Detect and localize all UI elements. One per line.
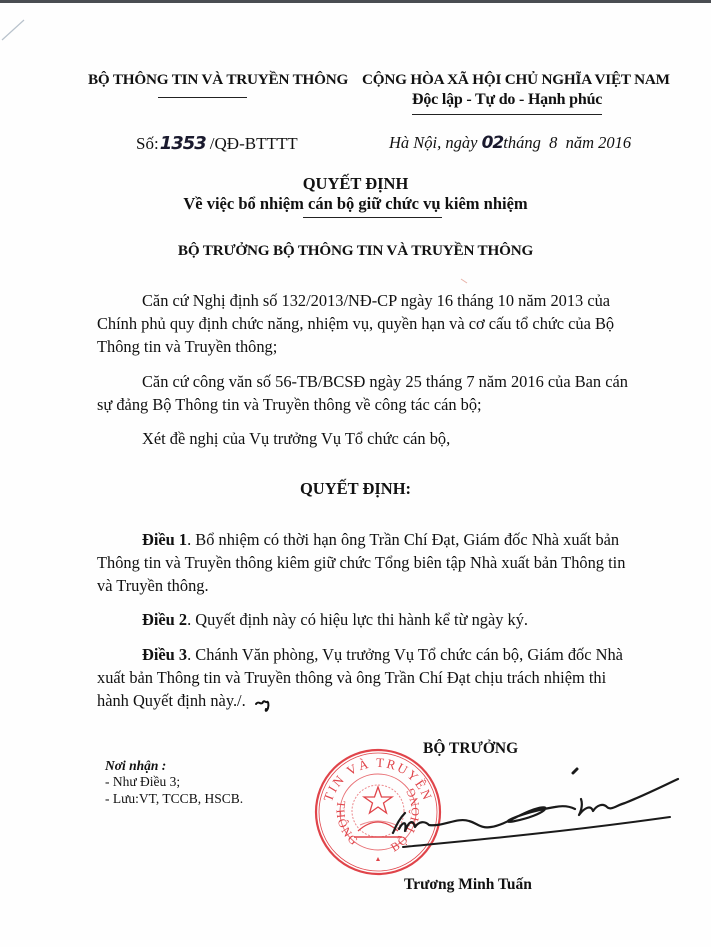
agency-name: BỘ THÔNG TIN VÀ TRUYỀN THÔNG — [88, 71, 348, 89]
article-2-line-1: Điều 2. Quyết định này có hiệu lực thi h… — [142, 612, 528, 628]
motto-underline — [412, 114, 602, 115]
article-3-line-1: Điều 3. Chánh Văn phòng, Vụ trưởng Vụ Tổ… — [142, 647, 623, 663]
article-2-label: Điều 2 — [142, 610, 187, 629]
document-number: Số:1353/QĐ-BTTTT — [136, 135, 298, 153]
motto: Độc lập - Tự do - Hạnh phúc — [412, 91, 602, 109]
preamble-3-line-1: Xét đề nghị của Vụ trưởng Vụ Tổ chức cán… — [142, 431, 450, 447]
preamble-1-line-3: Thông tin và Truyền thông; — [97, 339, 277, 355]
recipients-title: Nơi nhận : — [105, 758, 166, 774]
recipient-item: - Lưu:VT, TCCB, HSCB. — [105, 791, 243, 807]
subject-underline — [303, 217, 442, 218]
article-1-label: Điều 1 — [142, 530, 187, 549]
decision-heading: QUYẾT ĐỊNH: — [0, 479, 711, 499]
date-place: Hà Nội, ngày — [389, 133, 477, 152]
article-1-line-2: Thông tin và Truyền thông kiêm giữ chức … — [97, 555, 625, 571]
signer-name: Trương Minh Tuấn — [404, 876, 532, 894]
issuer-title: BỘ TRƯỞNG BỘ THÔNG TIN VÀ TRUYỀN THÔNG — [0, 242, 711, 260]
handwritten-signature — [385, 755, 695, 865]
scan-mark — [0, 18, 30, 43]
document-subject: Về việc bổ nhiệm cán bộ giữ chức vụ kiêm… — [0, 194, 711, 214]
svg-text:THÔNG: THÔNG — [328, 796, 365, 852]
agency-underline — [158, 97, 247, 98]
article-3-line-2: xuất bản Thông tin và Truyền thông và ôn… — [97, 670, 606, 686]
document-title: QUYẾT ĐỊNH — [0, 174, 711, 194]
article-3-label: Điều 3 — [142, 645, 187, 664]
article-1-line-1: Điều 1. Bổ nhiệm có thời hạn ông Trần Ch… — [142, 532, 619, 548]
doc-number-handwritten: 1353 — [160, 133, 206, 154]
preamble-1-line-2: Chính phủ quy định chức năng, nhiệm vụ, … — [97, 316, 614, 332]
scan-mark-red — [460, 278, 470, 286]
article-1-line-3: và Truyền thông. — [97, 578, 209, 594]
date-day-handwritten: 02 — [482, 133, 504, 153]
recipient-item: - Như Điều 3; — [105, 774, 180, 790]
window-top-bar — [0, 0, 711, 3]
date-line: Hà Nội, ngày 02tháng 8 năm 2016 — [389, 135, 631, 152]
date-month-year: tháng 8 năm 2016 — [503, 133, 631, 152]
article-3-line-3: hành Quyết định này./. — [97, 693, 246, 709]
preamble-2-line-2: sự đảng Bộ Thông tin và Truyền thông về … — [97, 397, 482, 413]
initials-scribble — [254, 694, 274, 714]
preamble-1-line-1: Căn cứ Nghị định số 132/2013/NĐ-CP ngày … — [142, 293, 610, 309]
country-name: CỘNG HÒA XÃ HỘI CHỦ NGHĨA VIỆT NAM — [362, 71, 670, 89]
doc-number-prefix: Số: — [136, 134, 159, 153]
article-1-text: . Bổ nhiệm có thời hạn ông Trần Chí Đạt,… — [187, 530, 619, 549]
article-2-text: . Quyết định này có hiệu lực thi hành kể… — [187, 610, 528, 629]
preamble-2-line-1: Căn cứ công văn số 56-TB/BCSĐ ngày 25 th… — [142, 374, 628, 390]
article-3-text: . Chánh Văn phòng, Vụ trưởng Vụ Tổ chức … — [187, 645, 623, 664]
doc-number-suffix: /QĐ-BTTTT — [210, 134, 298, 153]
